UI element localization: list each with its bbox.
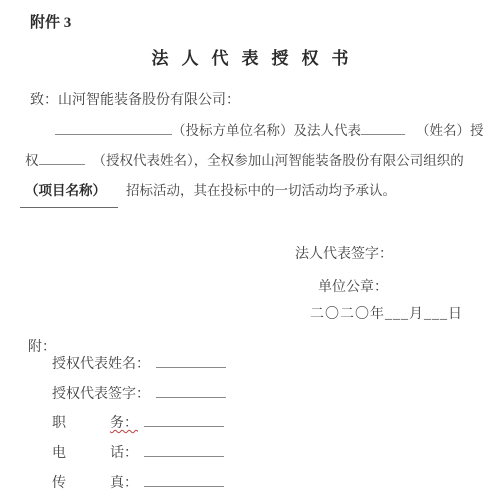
paragraph-line-1: （投标方单位名称）及法人代表（姓名）授 — [25, 116, 485, 146]
paragraph-text: 招标活动，其在投标中的一切活动均予承认。 — [126, 183, 396, 198]
field-label: 电话： — [52, 442, 138, 462]
attachment-number-label: 附件 3 — [30, 11, 71, 32]
field-row-position: 职务： — [52, 412, 224, 432]
paragraph-text: （姓名）授 — [416, 123, 484, 138]
field-label-second-char: 真： — [110, 472, 138, 492]
field-row-telephone: 电话： — [52, 442, 224, 462]
field-label-first-char: 电 — [52, 442, 66, 462]
field-label-second-char: 话： — [110, 442, 138, 462]
field-label: 授权代表签字： — [52, 387, 150, 402]
authorized-rep-signature-field-blank[interactable] — [156, 383, 226, 398]
date-line: 二〇二〇年___月___日 — [310, 303, 463, 323]
field-label-second-char: 务： — [110, 412, 138, 432]
authorized-rep-name-blank[interactable] — [39, 150, 85, 165]
company-seal-label: 单位公章： — [318, 276, 388, 296]
salutation-line: 致：山河智能装备股份有限公司： — [30, 89, 240, 109]
bidder-name-blank[interactable] — [55, 120, 172, 135]
field-row-fax: 传真： — [52, 472, 224, 492]
field-label-first-char: 传 — [52, 472, 66, 492]
paragraph-text: （投标方单位名称）及法人代表 — [172, 123, 361, 138]
project-name-label: （项目名称） — [25, 183, 106, 198]
paragraph-line-2: 权（授权代表姓名），全权参加山河智能装备股份有限公司组织的 — [25, 146, 485, 176]
telephone-field-blank[interactable] — [144, 442, 224, 457]
fax-field-blank[interactable] — [144, 472, 224, 487]
legal-rep-name-blank[interactable] — [361, 120, 405, 135]
field-label-first-char: 职 — [52, 412, 66, 432]
paragraph-line-3: （项目名称）招标活动，其在投标中的一切活动均予承认。 — [25, 176, 485, 206]
legal-rep-signature-label: 法人代表签字： — [295, 243, 393, 263]
paragraph-text: （授权代表姓名），全权参加山河智能装备股份有限公司组织的 — [93, 153, 464, 168]
body-paragraph: （投标方单位名称）及法人代表（姓名）授 权（授权代表姓名），全权参加山河智能装备… — [25, 116, 485, 206]
field-label: 传真： — [52, 472, 138, 492]
paragraph-text: 权 — [25, 153, 39, 168]
field-label: 授权代表姓名： — [52, 357, 150, 372]
authorization-document-page: 附件 3 法人代表授权书 致：山河智能装备股份有限公司： （投标方单位名称）及法… — [0, 0, 500, 498]
position-field-blank[interactable] — [144, 412, 224, 427]
field-label: 职务： — [52, 412, 138, 432]
field-row-authorized-rep-name: 授权代表姓名： — [52, 353, 226, 373]
document-title: 法人代表授权书 — [0, 44, 500, 69]
field-row-authorized-rep-signature: 授权代表签字： — [52, 383, 226, 403]
authorized-rep-name-field-blank[interactable] — [156, 353, 226, 368]
project-name-blank[interactable]: （项目名称） — [20, 176, 118, 208]
